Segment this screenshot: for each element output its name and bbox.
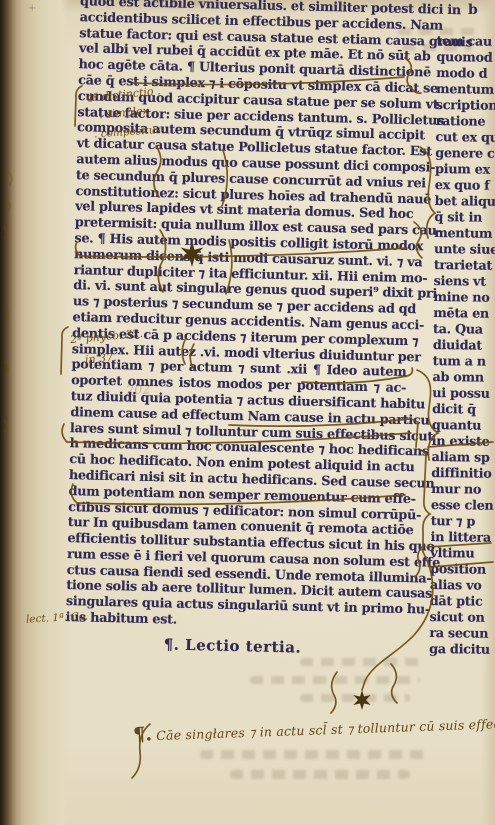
text-line: ta. Qua [433,322,495,339]
text-line: aliam sp [431,450,495,467]
text-line: ui possu [432,386,495,403]
bleed-through-text [200,750,430,759]
text-line: cut ex qu [435,130,495,147]
text-line: position [430,562,495,579]
text-line: siens vt [434,274,495,291]
text-line: in littera [430,530,495,547]
bottom-note-text: Cāe singłares ⁊ in actu scl̄ st ⁊ tollun… [156,715,495,743]
pencil-plus-mark: + [28,3,36,14]
bleed-through-text [300,694,410,702]
text-line: genere c [435,146,495,163]
text-line: diuidat [433,338,495,355]
text-line: ra secun [429,626,495,643]
main-text-column: quod est actibile vniuersalius. et simil… [64,0,415,692]
text-line: quomod [436,50,495,67]
text-line: dāt ptic [430,594,495,611]
text-line: mentum [436,82,495,99]
text-line: sicut on [429,610,495,627]
text-line: diffinitio [431,466,495,483]
pilcrow-icon: ¶. [133,723,153,746]
text-line: esse clen [431,498,495,515]
text-line: trarietat [434,258,495,275]
text-line: alias vo [430,578,495,595]
text-line: in existe [432,434,495,451]
lectio-heading: ¶. Lectio tertia. [65,633,400,659]
quire-signature: b [468,2,478,18]
right-bracket-sed-cause [421,450,430,552]
text-line: mur no [431,482,495,499]
text-line: dicit q̄ [432,402,495,419]
manuscript-page: b + 202 quod est actibile vniuersalius. … [0,0,495,825]
text-line: scription [436,98,495,115]
text-line: tum a n [433,354,495,371]
text-line: unte siue [434,242,495,259]
book-gutter [0,0,70,825]
text-line: ratione [436,114,495,131]
text-line: quantu [432,418,495,435]
text-line: mentum [434,226,495,243]
text-line: ab omn [432,370,495,387]
text-line: ga dicitu [429,642,495,659]
text-line: bet aliqu [435,194,495,211]
text-line: vltimu [430,546,495,563]
text-line: mine no [433,290,495,307]
bottom-handwritten-note: ¶.Cāe singłares ⁊ in actu scl̄ st ⁊ toll… [133,712,474,746]
bleed-through-text [230,770,410,779]
text-line: q̄ sit in [434,210,495,227]
text-line: tem cau [437,34,495,51]
text-line: modo d [436,66,495,83]
text-line: pium ex [435,162,495,179]
text-line: tur ⁊ p [431,514,495,531]
text-line: ex quo f [435,178,495,195]
text-line: mēta en [433,306,495,323]
right-text-lines: tem cau quomod modo d mentum scription r… [429,34,495,659]
margin-note-physics-ref-2: in 37. [84,351,117,367]
right-text-column: tem cau quomod modo d mentum scription r… [429,34,495,665]
